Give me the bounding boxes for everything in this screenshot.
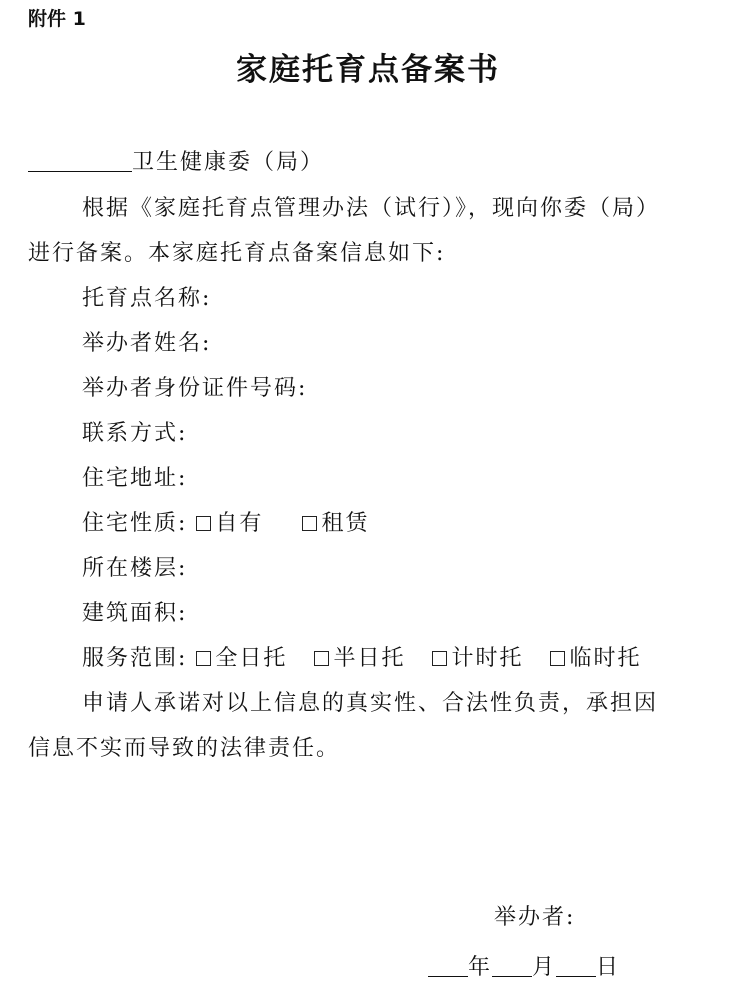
- option-label: 计时托: [451, 646, 523, 671]
- field-contact: 联系方式:: [82, 419, 187, 449]
- pledge-line-2: 信息不实而导致的法律责任。: [28, 734, 340, 764]
- year-label: 年: [468, 955, 492, 980]
- signature-label: 举办者:: [494, 900, 575, 931]
- field-housing-type: 住宅性质: 自有 租赁: [82, 509, 369, 539]
- intro-line-2: 进行备案。本家庭托育点备案信息如下:: [28, 239, 445, 269]
- service-scope-label: 服务范围:: [82, 646, 187, 671]
- checkbox-icon[interactable]: [302, 516, 317, 531]
- option-label: 自有: [215, 511, 263, 536]
- year-blank[interactable]: [428, 954, 468, 977]
- option-label: 半日托: [333, 646, 405, 671]
- option-label: 全日托: [215, 646, 287, 671]
- housing-type-label: 住宅性质:: [82, 511, 187, 536]
- day-blank[interactable]: [556, 954, 596, 977]
- checkbox-icon[interactable]: [432, 651, 447, 666]
- attachment-label: 附件 1: [28, 4, 86, 31]
- field-address: 住宅地址:: [82, 464, 187, 494]
- checkbox-icon[interactable]: [196, 516, 211, 531]
- month-blank[interactable]: [492, 954, 532, 977]
- addressee-line: 卫生健康委（局）: [28, 148, 324, 178]
- service-option-temporary[interactable]: 临时托: [550, 644, 641, 674]
- date-line: 年月日: [428, 950, 620, 981]
- intro-line-1: 根据《家庭托育点管理办法（试行）》，现向你委（局）: [82, 194, 660, 224]
- checkbox-icon[interactable]: [196, 651, 211, 666]
- document-title: 家庭托育点备案书: [0, 44, 736, 89]
- addressee-blank[interactable]: [28, 149, 132, 172]
- service-option-hourly[interactable]: 计时托: [432, 644, 523, 674]
- pledge-line-1: 申请人承诺对以上信息的真实性、合法性负责，承担因: [82, 689, 658, 719]
- field-organizer-id: 举办者身份证件号码:: [82, 374, 307, 404]
- addressee-suffix: 卫生健康委（局）: [132, 150, 324, 175]
- service-option-half-day[interactable]: 半日托: [314, 644, 405, 674]
- service-option-full-day[interactable]: 全日托: [196, 644, 287, 674]
- option-label: 临时托: [569, 646, 641, 671]
- day-label: 日: [596, 955, 620, 980]
- housing-option-rented[interactable]: 租赁: [302, 509, 369, 539]
- option-label: 租赁: [321, 511, 369, 536]
- month-label: 月: [532, 955, 556, 980]
- field-floor: 所在楼层:: [82, 554, 187, 584]
- housing-option-owned[interactable]: 自有: [196, 509, 263, 539]
- field-service-scope: 服务范围: 全日托 半日托 计时托 临时托: [82, 644, 641, 674]
- checkbox-icon[interactable]: [314, 651, 329, 666]
- checkbox-icon[interactable]: [550, 651, 565, 666]
- field-area: 建筑面积:: [82, 599, 187, 629]
- field-organizer-name: 举办者姓名:: [82, 329, 211, 359]
- field-name: 托育点名称:: [82, 284, 211, 314]
